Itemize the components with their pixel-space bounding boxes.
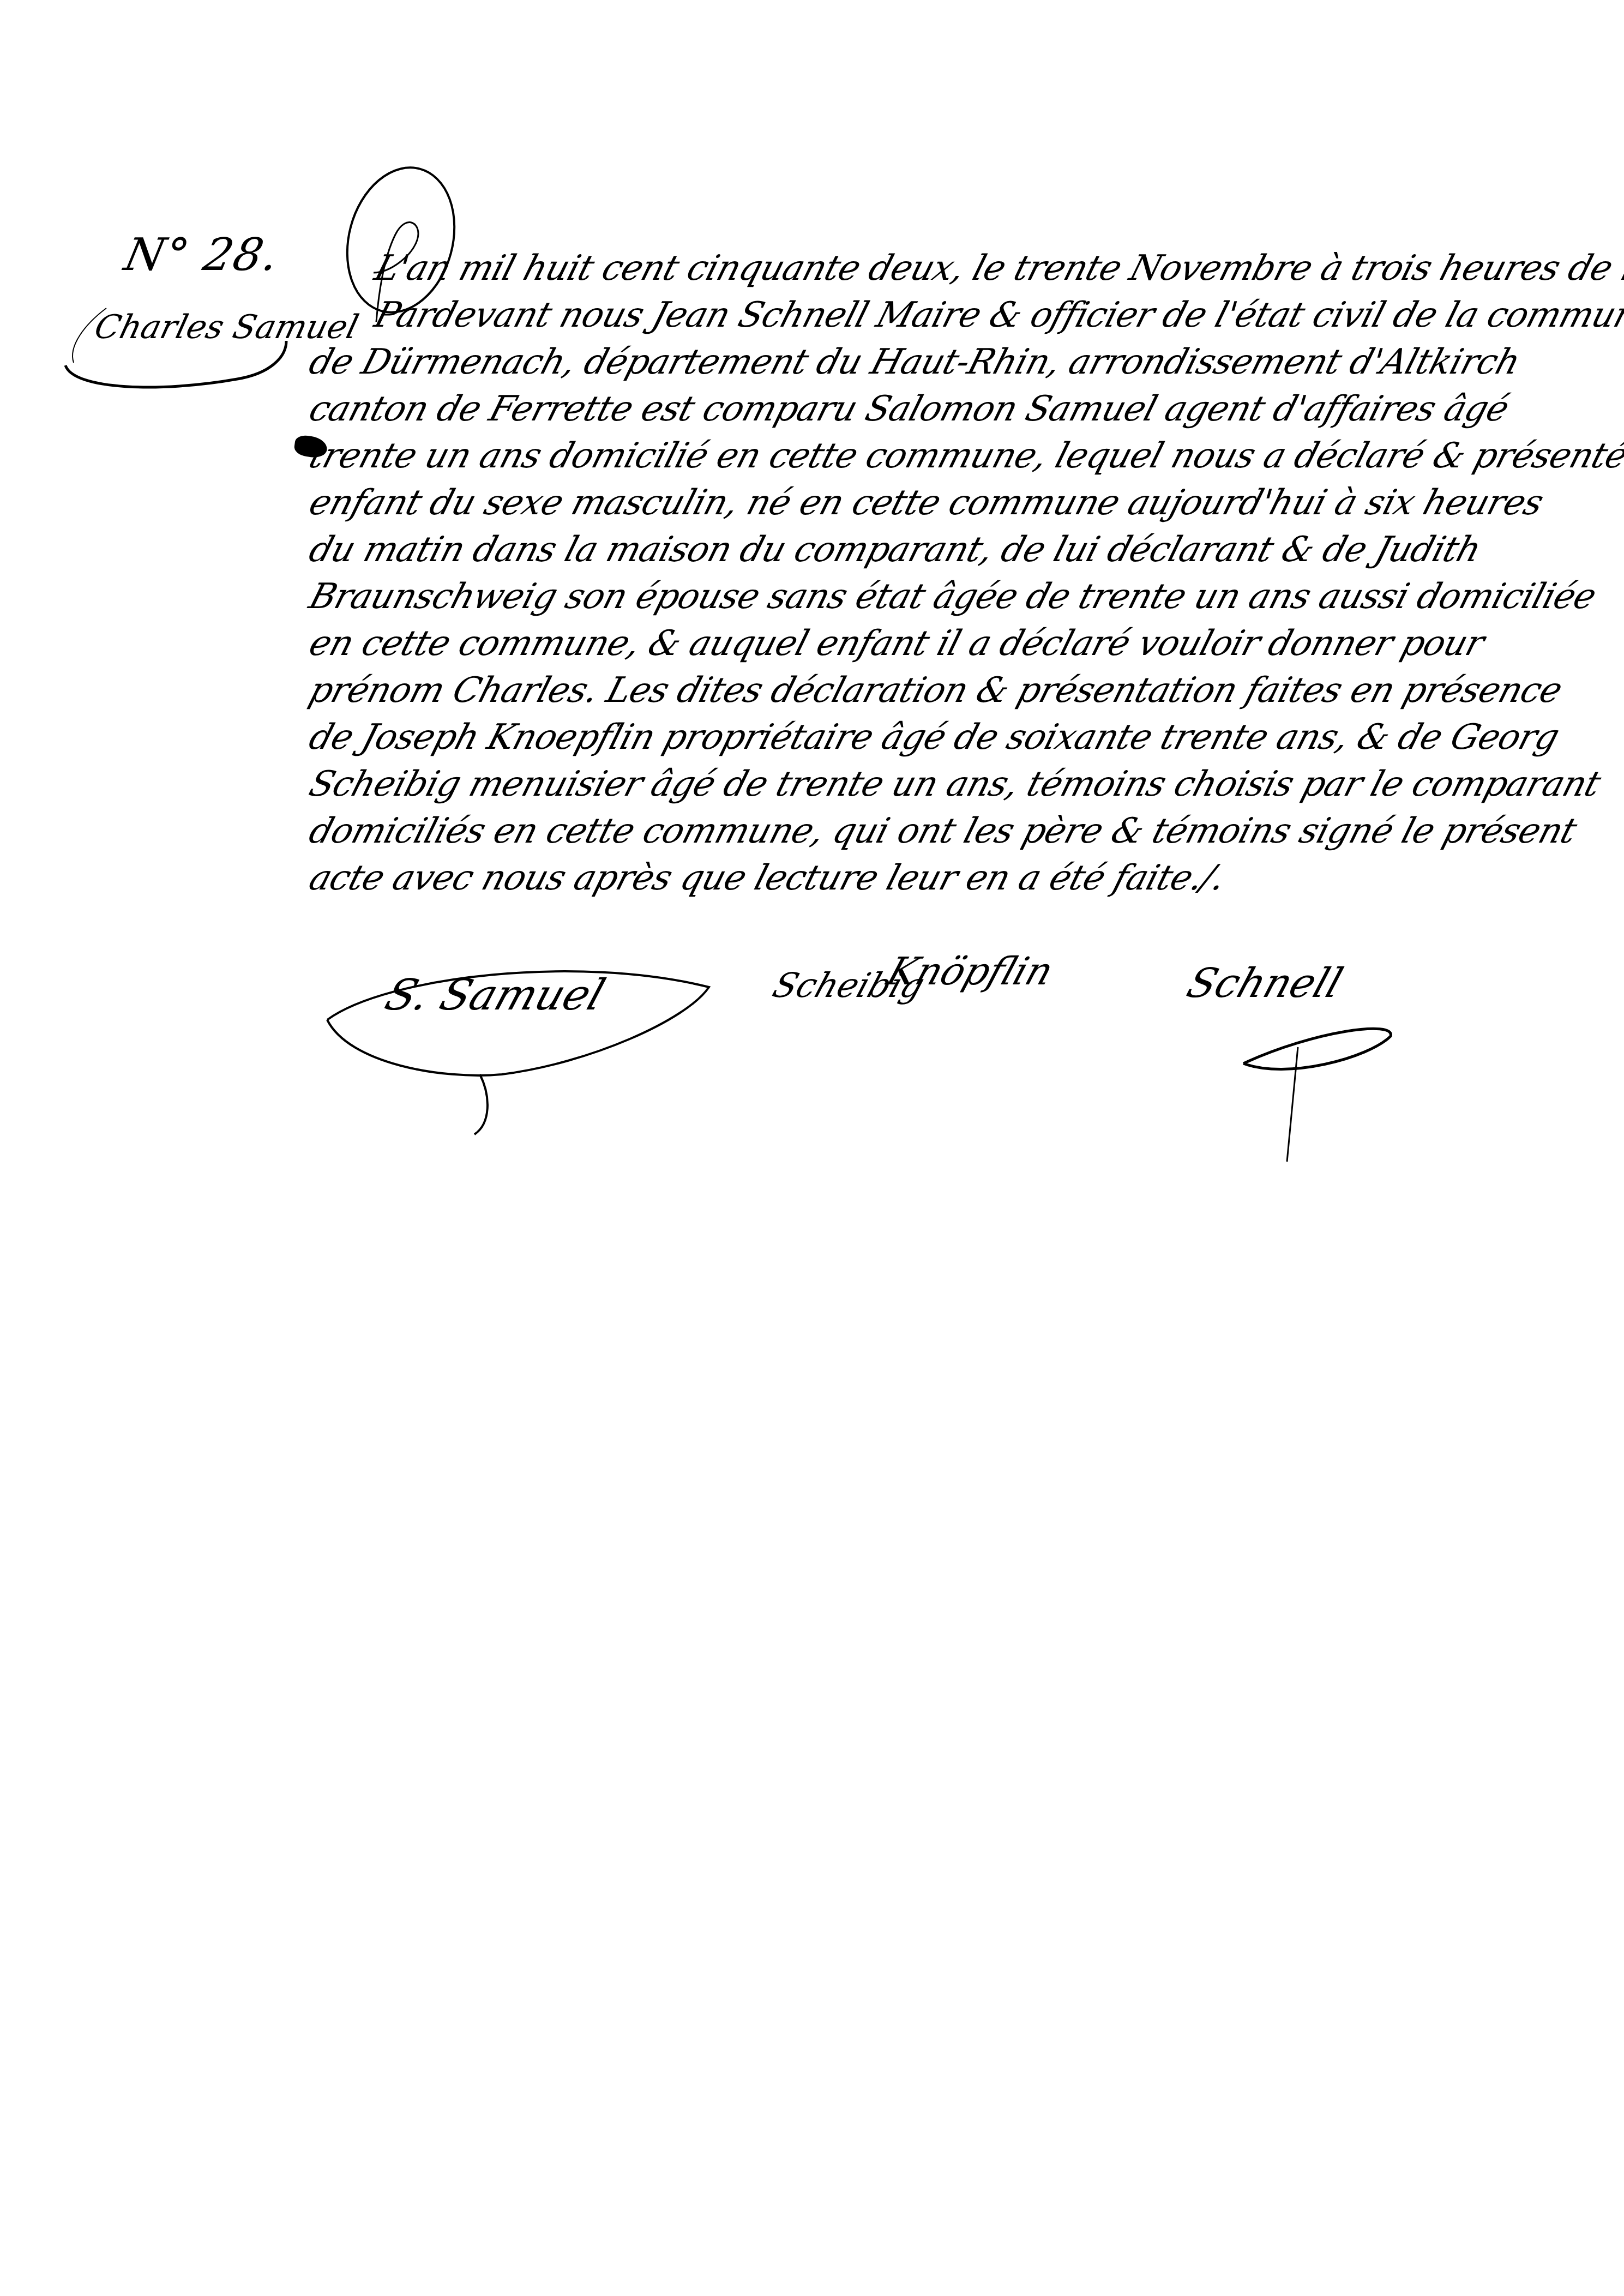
- margin-child-name: Charles Samuel: [91, 308, 362, 346]
- margin-name-box: Charles Samuel: [52, 297, 330, 395]
- signature-knoepflin: Knöpflin: [882, 949, 1059, 994]
- text-line-1: L'an mil huit cent cinquante deux, le tr…: [371, 251, 1624, 286]
- entry-number: N° 28.: [120, 229, 284, 281]
- text-line-8: Braunschweig son épouse sans état âgée d…: [305, 579, 1599, 614]
- document-page: N° 28. Charles Samuel L'an mil huit cent…: [0, 0, 1624, 2296]
- text-line-13: domiciliés en cette commune, qui ont les…: [305, 814, 1580, 849]
- text-line-6: enfant du sexe masculin, né en cette com…: [305, 485, 1547, 520]
- signature-block: S. Samuel Scheibig Knöpflin Schnell: [305, 954, 1451, 1173]
- signature-schnell: Schnell: [1181, 960, 1349, 1007]
- text-line-9: en cette commune, & auquel enfant il a d…: [305, 626, 1488, 661]
- text-line-4: canton de Ferrette est comparu Salomon S…: [305, 392, 1512, 426]
- text-line-14: acte avec nous après que lecture leur en…: [305, 861, 1229, 895]
- text-line-11: de Joseph Knoepflin propriétaire âgé de …: [305, 720, 1562, 755]
- text-line-2: Pardevant nous Jean Schnell Maire & offi…: [371, 298, 1624, 333]
- text-line-12: Scheibig menuisier âgé de trente un ans,…: [305, 767, 1604, 802]
- text-line-10: prénom Charles. Les dites déclaration & …: [305, 673, 1566, 708]
- text-line-3: de Dürmenach, département du Haut-Rhin, …: [305, 345, 1524, 380]
- text-line-7: du matin dans la maison du comparant, de…: [305, 532, 1484, 567]
- signature-samuel: S. Samuel: [379, 971, 611, 1020]
- text-line-5: trente un ans domicilié en cette commune…: [305, 438, 1624, 473]
